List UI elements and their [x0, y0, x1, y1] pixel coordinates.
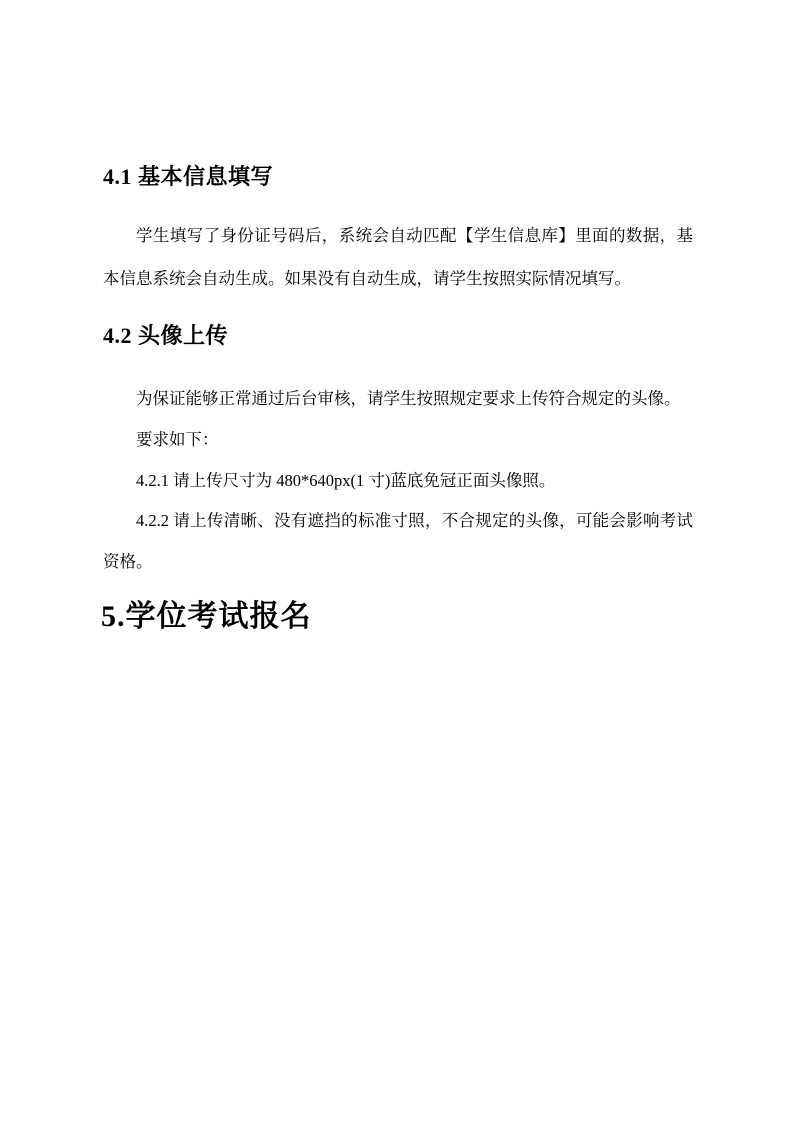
section-4-2-requirements-label: 要求如下： [103, 419, 693, 460]
section-4-2-intro-paragraph: 为保证能够正常通过后台审核，请学生按照规定要求上传符合规定的头像。 [103, 378, 693, 419]
section-4-2-item-2: 4.2.2 请上传清晰、没有遮挡的标准寸照，不合规定的头像，可能会影响考试资格。 [103, 500, 693, 582]
section-heading-4-2: 4.2 头像上传 [103, 321, 703, 351]
document-page: 4.1 基本信息填写 学生填写了身份证号码后，系统会自动匹配【学生信息库】里面的… [0, 0, 793, 1122]
section-4-1-body-paragraph: 学生填写了身份证号码后，系统会自动匹配【学生信息库】里面的数据，基本信息系统会自… [103, 214, 693, 300]
chapter-heading-5: 5.学位考试报名 [101, 597, 721, 636]
section-4-2-item-1: 4.2.1 请上传尺寸为 480*640px(1 寸)蓝底免冠正面头像照。 [103, 460, 693, 501]
section-heading-4-1: 4.1 基本信息填写 [103, 162, 703, 192]
